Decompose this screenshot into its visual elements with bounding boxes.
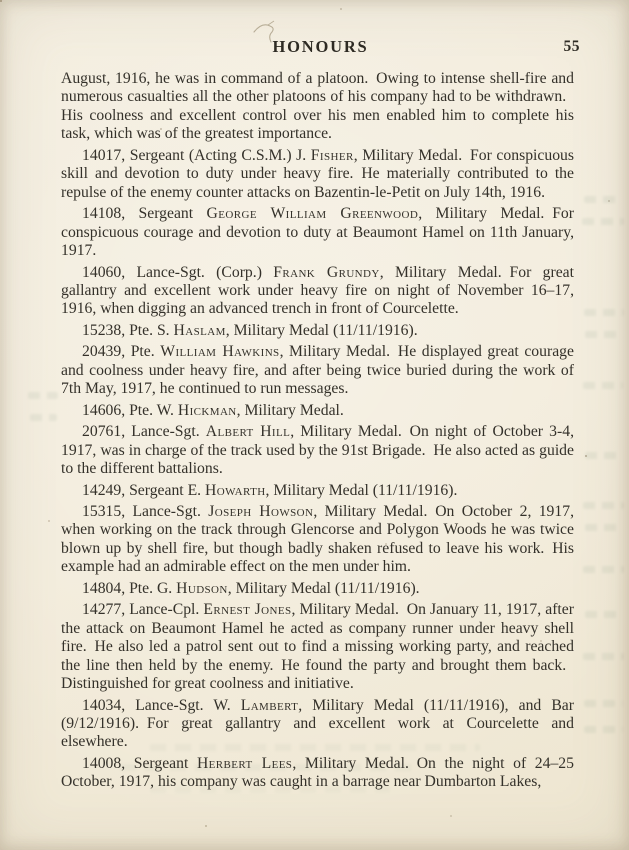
citation-paragraph: 15238, Pte. S. Haslam, Military Medal (1… [61,322,574,340]
citation-paragraph: 14277, Lance-Cpl. Ernest Jones, Military… [61,601,574,693]
person-name: Joseph Howson [208,503,313,520]
person-name: Hudson [176,580,228,597]
citation-text: 15238, Pte. S. [82,322,174,339]
show-through-line [583,566,624,573]
show-through-line [583,653,624,660]
citation-text: 14249, Sergeant E. [82,482,205,499]
citation-text: 14008, Sergeant [82,755,197,772]
person-name: William Hawkins [160,343,279,360]
show-through-line [584,196,622,203]
show-through-line [584,309,624,316]
show-through-line [583,382,623,389]
person-name: Howarth [205,482,266,499]
citation-paragraph: 20439, Pte. William Hawkins, Military Me… [61,343,574,398]
citation-text: August, 1916, he was in command of a pla… [61,70,574,142]
citation-paragraph: 14804, Pte. G. Hudson, Military Medal (1… [61,580,574,598]
citation-paragraph: 14108, Sergeant George William Greenwood… [61,205,574,260]
citation-text: , Military Medal. [237,402,344,419]
page-body: August, 1916, he was in command of a pla… [61,70,574,795]
citation-text: 14060, Lance-Sgt. (Corp.) [82,264,273,281]
person-name: Lambert [241,697,299,714]
show-through-line [585,331,622,338]
paper-speck-artifacts [0,0,2,2]
citation-paragraph: 15315, Lance-Sgt. Joseph Howson, Militar… [61,503,574,577]
person-name: Haslam [174,322,226,339]
citation-text: 20761, Lance-Sgt. [82,423,206,440]
person-name: Albert Hill [206,423,290,440]
show-through-line [584,726,623,733]
citation-paragraph: 14606, Pte. W. Hickman, Military Medal. [61,402,574,420]
page-header: HONOURS 55 [61,37,580,57]
citation-paragraph: 14060, Lance-Sgt. (Corp.) Frank Grundy, … [61,264,574,319]
person-name: George William Greenwood [207,205,419,222]
show-through-line [585,611,622,618]
show-through-line [28,392,58,399]
citation-text: 20439, Pte. [82,343,160,360]
citation-text: 14277, Lance-Cpl. [82,601,203,618]
show-through-line [582,218,624,225]
citation-text: , Military Medal (11/11/1916). [266,482,458,499]
citation-text: , Military Medal (11/11/1916). [226,322,418,339]
citation-text: 14017, Sergeant (Acting C.S.M.) J. [82,147,311,164]
citation-text: 15315, Lance-Sgt. [82,503,208,520]
show-through-line [584,700,623,707]
citation-text: 14606, Pte. W. [82,402,178,419]
show-through-line [583,502,624,509]
citation-text: 14108, Sergeant [82,205,207,222]
citation-paragraph: 14017, Sergeant (Acting C.S.M.) J. Fishe… [61,147,574,202]
person-name: Hickman [178,402,237,419]
page-title: HONOURS [272,37,368,57]
citation-text: 14804, Pte. G. [82,580,176,597]
page-number: 55 [564,38,581,56]
show-through-line [585,452,622,459]
citation-paragraph: 14034, Lance-Sgt. W. Lambert, Military M… [61,697,574,752]
citation-text: 14034, Lance-Sgt. W. [82,697,241,714]
person-name: Fisher [311,147,354,164]
citation-paragraph: 14008, Sergeant Herbert Lees, Military M… [61,755,574,792]
book-page: HONOURS 55 August, 1916, he was in comma… [0,0,629,850]
citation-paragraph: August, 1916, he was in command of a pla… [61,70,574,144]
show-through-line [585,524,622,531]
citation-text: , Military Medal (11/11/1916). [228,580,420,597]
person-name: Ernest Jones [203,601,291,618]
person-name: Frank Grundy [273,264,379,281]
citation-paragraph: 14249, Sergeant E. Howarth, Military Med… [61,482,574,500]
show-through-line [30,414,57,421]
person-name: Herbert Lees [197,755,292,772]
citation-paragraph: 20761, Lance-Sgt. Albert Hill, Military … [61,423,574,478]
